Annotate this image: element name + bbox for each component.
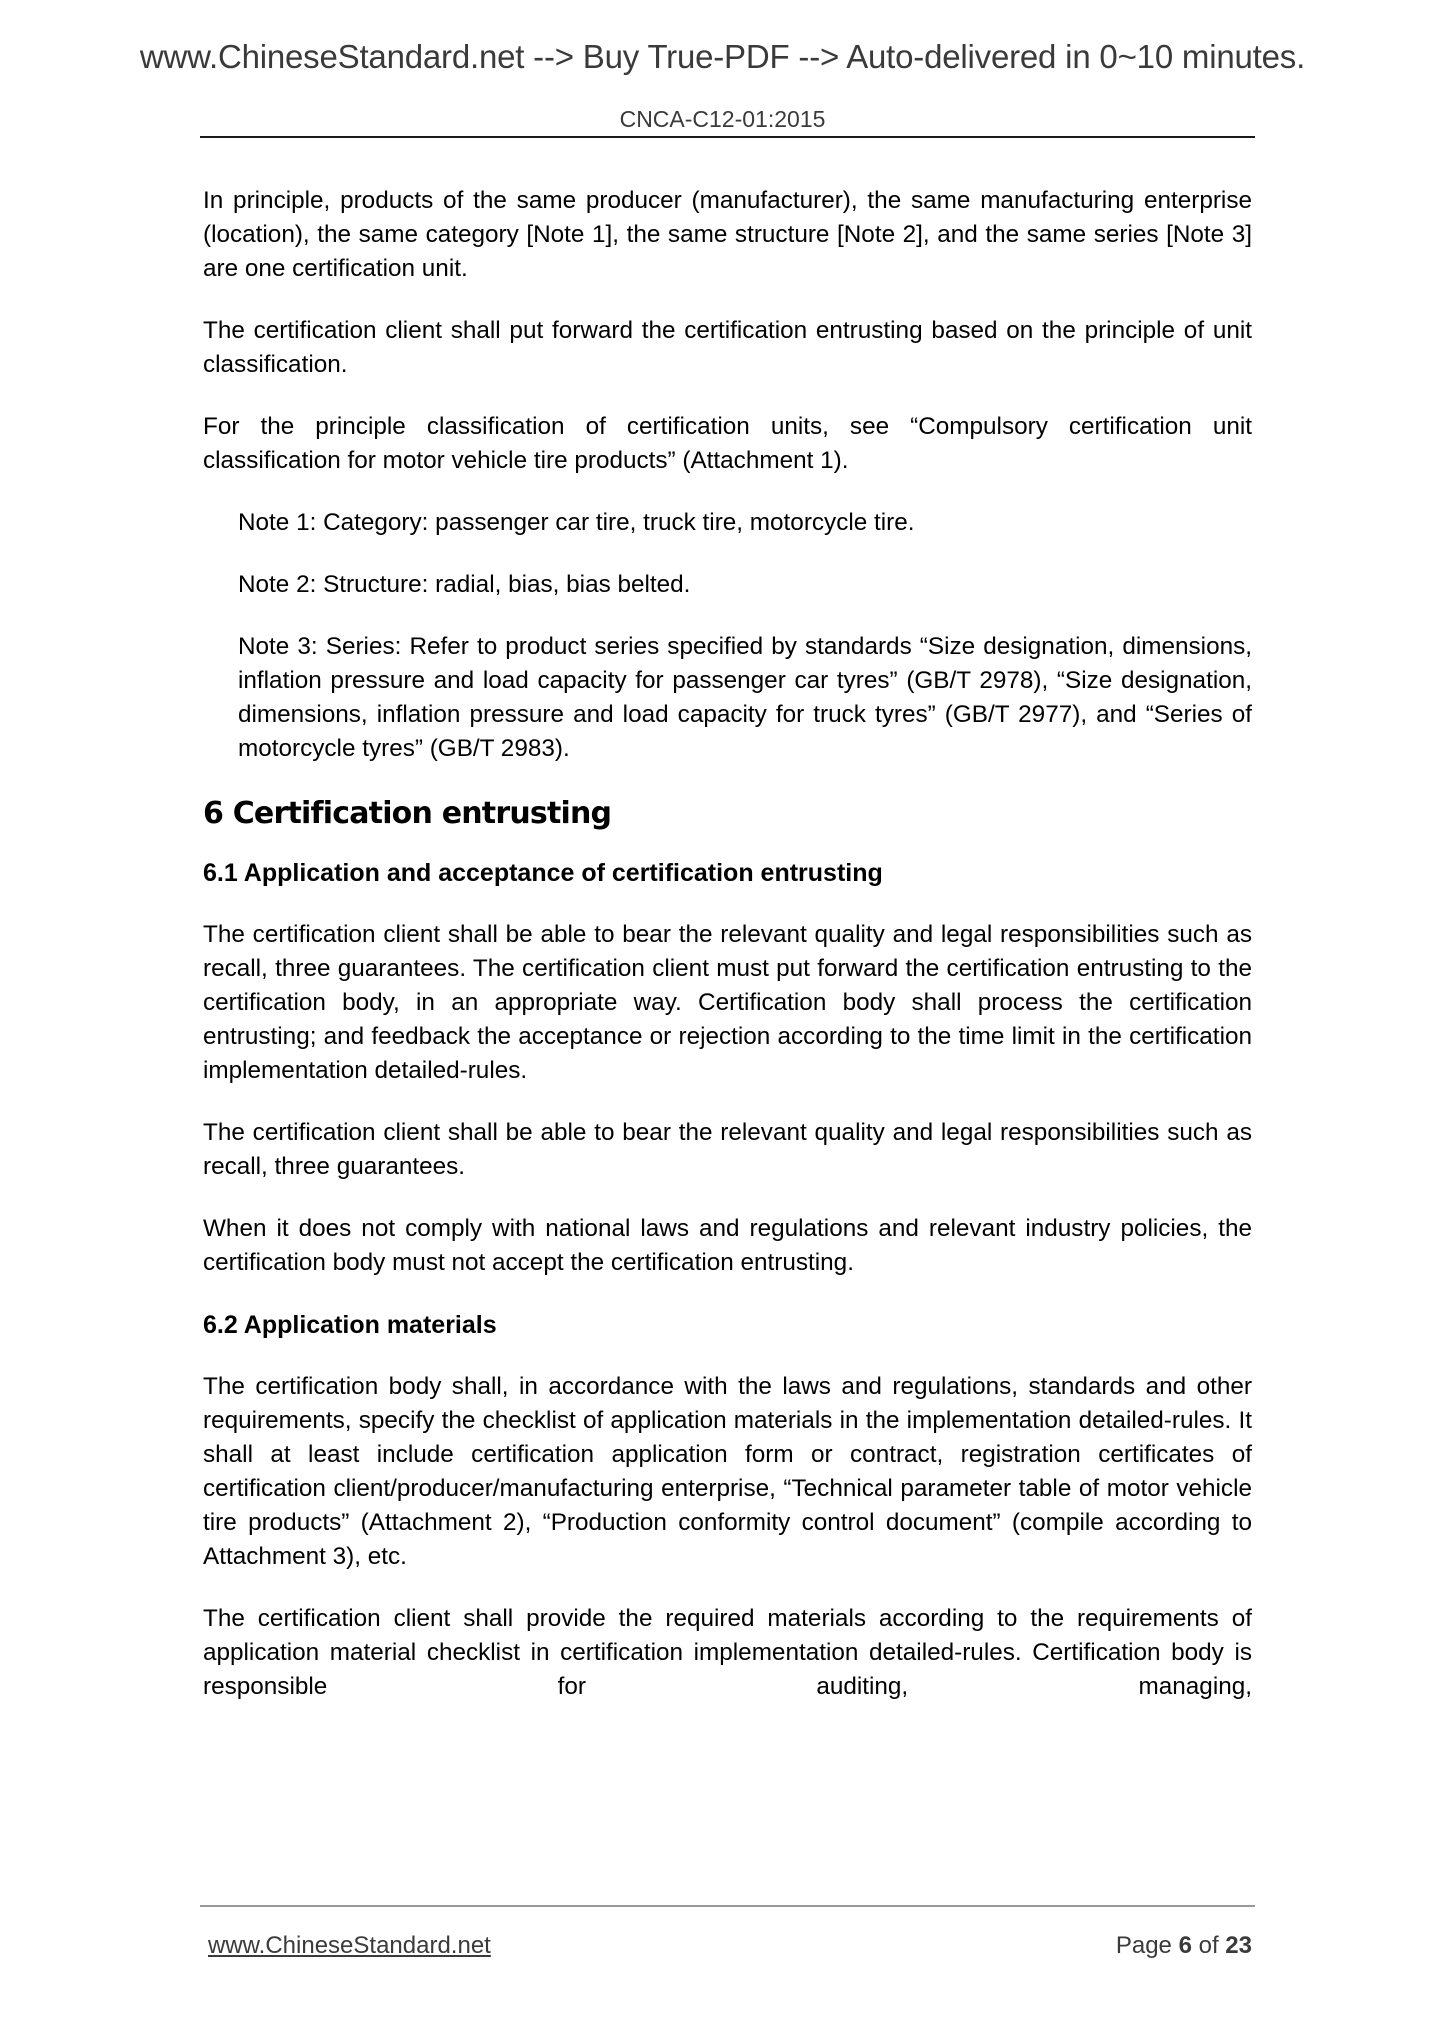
promo-banner: www.ChineseStandard.net --> Buy True-PDF…	[0, 38, 1445, 76]
paragraph: The certification client shall be able t…	[203, 918, 1252, 1088]
note-2: Note 2: Structure: radial, bias, bias be…	[238, 568, 1252, 602]
note-3: Note 3: Series: Refer to product series …	[238, 630, 1252, 766]
footer-website-link[interactable]: www.ChineseStandard.net	[208, 1932, 491, 1960]
page-prefix: Page	[1116, 1932, 1172, 1959]
document-code: CNCA-C12-01:2015	[0, 106, 1445, 133]
page-of: of	[1199, 1932, 1219, 1959]
note-1: Note 1: Category: passenger car tire, tr…	[238, 506, 1252, 540]
subsection-heading: 6.1 Application and acceptance of certif…	[203, 856, 1252, 890]
paragraph: In principle, products of the same produ…	[203, 184, 1252, 286]
header-divider	[200, 136, 1255, 138]
page-total: 23	[1225, 1932, 1252, 1959]
page-current: 6	[1179, 1932, 1192, 1959]
subsection-heading: 6.2 Application materials	[203, 1308, 1252, 1342]
paragraph: For the principle classification of cert…	[203, 410, 1252, 478]
page-content: In principle, products of the same produ…	[203, 184, 1252, 1732]
paragraph: The certification client shall be able t…	[203, 1116, 1252, 1184]
footer-divider	[200, 1905, 1255, 1907]
paragraph: The certification client shall provide t…	[203, 1602, 1252, 1704]
paragraph: When it does not comply with national la…	[203, 1212, 1252, 1280]
paragraph: The certification body shall, in accorda…	[203, 1370, 1252, 1574]
paragraph: The certification client shall put forwa…	[203, 314, 1252, 382]
section-heading: 6 Certification entrusting	[203, 794, 1252, 834]
page-number: Page 6 of 23	[1116, 1932, 1252, 1960]
